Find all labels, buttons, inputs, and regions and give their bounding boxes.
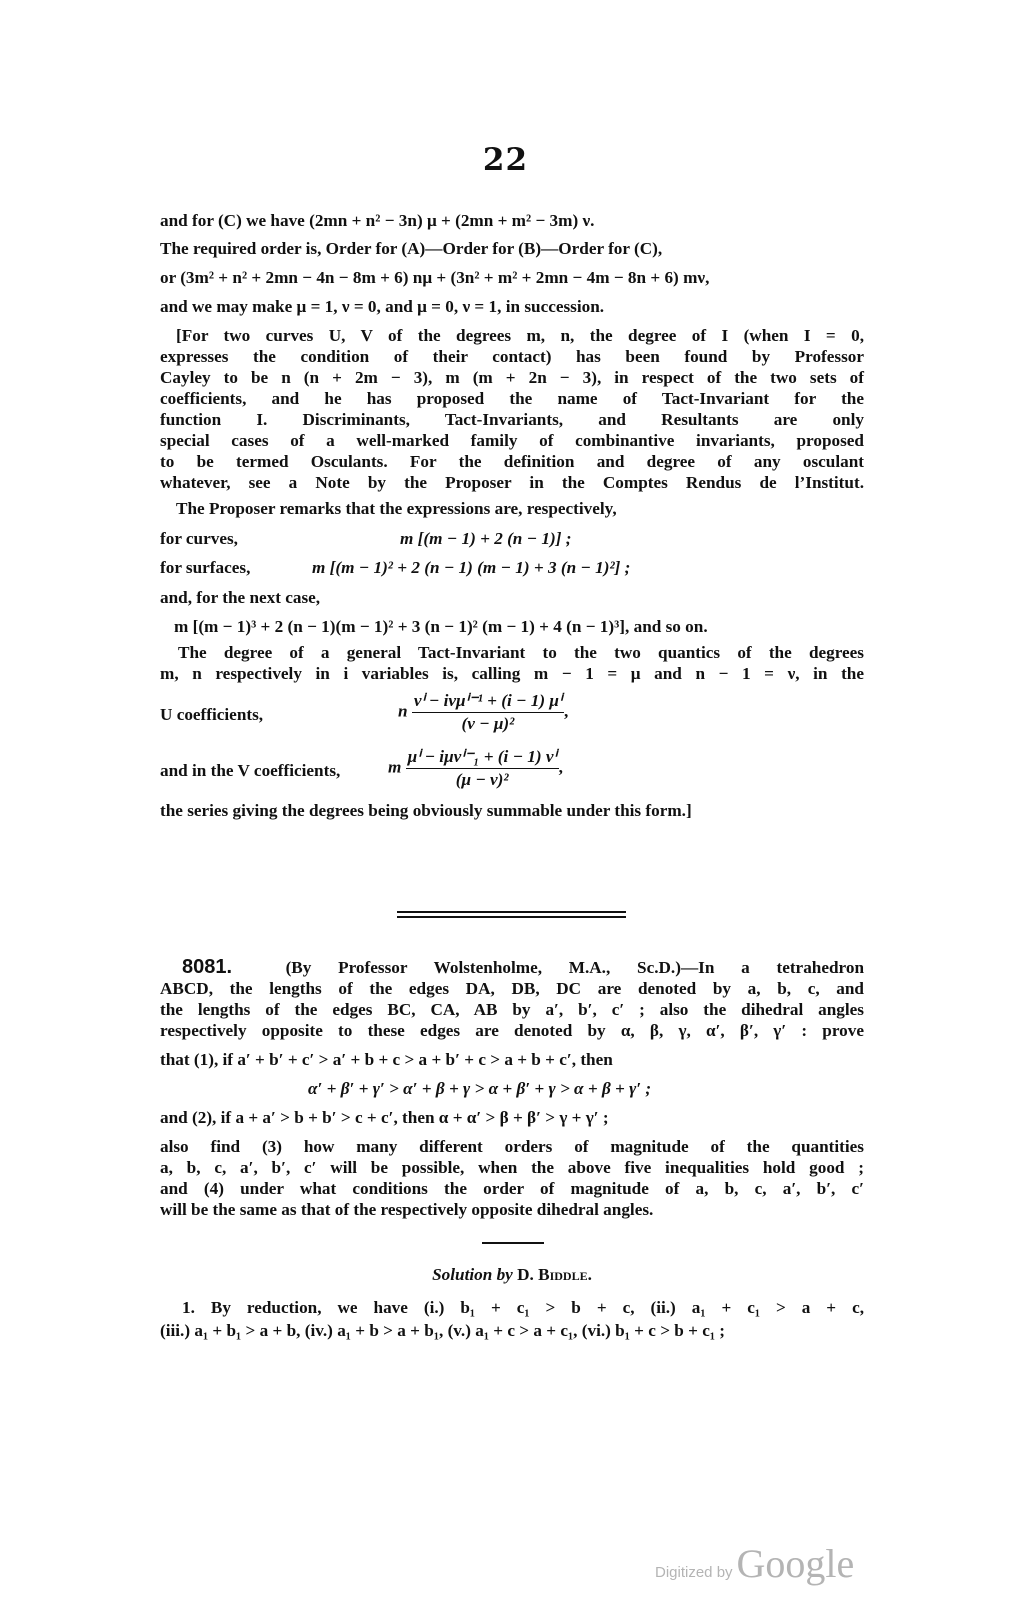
text-line: coefficients, and he has proposed the na… bbox=[160, 388, 864, 409]
text-line: also find (3) how many different orders … bbox=[160, 1136, 864, 1157]
text-line: a, b, c, a′, b′, c′ will be possible, wh… bbox=[160, 1157, 864, 1178]
text-line: 1. By reduction, we have (i.) b₁ + c₁ > … bbox=[182, 1297, 864, 1318]
fraction: μⁱ − iμνⁱ⁻₁ + (i − 1) νⁱ (μ − ν)² bbox=[406, 746, 559, 791]
formula-expression: n νⁱ − iνμⁱ⁻¹ + (i − 1) μⁱ (ν − μ)² , bbox=[398, 690, 698, 735]
next-case-expression: m [(m − 1)³ + 2 (n − 1)(m − 1)² + 3 (n −… bbox=[174, 616, 878, 637]
formula-prefix: n bbox=[398, 701, 408, 720]
formula-suffix: , bbox=[559, 757, 563, 776]
text-line: The required order is, Order for (A)—Ord… bbox=[160, 238, 864, 259]
text-line: respectively opposite to these edges are… bbox=[160, 1020, 864, 1041]
text-line: 8081. (By Professor Wolstenholme, M.A., … bbox=[182, 957, 864, 978]
digitized-by-label: Digitized by bbox=[655, 1564, 733, 1581]
denominator: (μ − ν)² bbox=[406, 769, 559, 791]
text-line: The degree of a general Tact-Invariant t… bbox=[178, 642, 864, 663]
case-expression: m [(m − 1) + 2 (n − 1)] ; bbox=[400, 528, 860, 549]
text-line: and (4) under what conditions the order … bbox=[160, 1178, 864, 1199]
formula-prefix: m bbox=[388, 757, 401, 776]
solution-by-label: Solution by bbox=[432, 1265, 513, 1284]
condition-1: that (1), if a′ + b′ + c′ > a′ + b + c >… bbox=[160, 1049, 864, 1070]
text-line: will be the same as that of the respecti… bbox=[160, 1199, 864, 1220]
google-watermark: Digitized by Google bbox=[655, 1540, 854, 1587]
text-line: whatever, see a Note by the Proposer in … bbox=[160, 472, 864, 493]
text-line: or (3m² + n² + 2mn − 4n − 8m + 6) nμ + (… bbox=[160, 267, 864, 288]
text-line: function I. Discriminants, Tact-Invarian… bbox=[160, 409, 864, 430]
text-line: and for (C) we have (2mn + n² − 3n) μ + … bbox=[160, 210, 864, 231]
text-line: m, n respectively in i variables is, cal… bbox=[160, 663, 864, 684]
text-line: [For two curves U, V of the degrees m, n… bbox=[160, 325, 864, 346]
solution-heading: Solution by D. Biddle. bbox=[160, 1264, 864, 1285]
formula-suffix: , bbox=[564, 701, 568, 720]
problem-intro: (By Professor Wolstenholme, M.A., Sc.D.)… bbox=[286, 958, 864, 977]
condition-2: and (2), if a + a′ > b + b′ > c + c′, th… bbox=[160, 1107, 864, 1128]
google-logo: Google bbox=[737, 1540, 855, 1587]
text-line: ABCD, the lengths of the edges DA, DB, D… bbox=[160, 978, 864, 999]
page-number: 22 bbox=[0, 142, 1011, 178]
proposer-remarks: The Proposer remarks that the expression… bbox=[176, 498, 880, 519]
text-line: Cayley to be n (n + 2m − 3), m (m + 2n −… bbox=[160, 367, 864, 388]
result-1: α′ + β′ + γ′ > α′ + β + γ > α + β′ + γ >… bbox=[308, 1078, 728, 1099]
formula-expression: m μⁱ − iμνⁱ⁻₁ + (i − 1) νⁱ (μ − ν)² , bbox=[388, 746, 688, 791]
numerator: μⁱ − iμνⁱ⁻₁ + (i − 1) νⁱ bbox=[406, 746, 559, 769]
numerator: νⁱ − iνμⁱ⁻¹ + (i − 1) μⁱ bbox=[412, 690, 564, 713]
text-line: to be termed Osculants. For the definiti… bbox=[160, 451, 864, 472]
text-line: and we may make μ = 1, ν = 0, and μ = 0,… bbox=[160, 296, 864, 317]
problem-number: 8081. bbox=[182, 956, 232, 978]
closing-line: the series giving the degrees being obvi… bbox=[160, 800, 864, 821]
fraction: νⁱ − iνμⁱ⁻¹ + (i − 1) μⁱ (ν − μ)² bbox=[412, 690, 564, 735]
solution-author: D. Biddle. bbox=[517, 1265, 592, 1284]
case-expression: m [(m − 1)² + 2 (n − 1) (m − 1) + 3 (n −… bbox=[312, 557, 862, 578]
denominator: (ν − μ)² bbox=[412, 713, 564, 735]
text-line: the lengths of the edges BC, CA, AB by a… bbox=[160, 999, 864, 1020]
section-divider bbox=[397, 911, 626, 918]
formula-label: and in the V coefficients, bbox=[160, 760, 400, 781]
text-line: expresses the condition of their contact… bbox=[160, 346, 864, 367]
text-line: special cases of a well-marked family of… bbox=[160, 430, 864, 451]
solution-divider bbox=[482, 1242, 544, 1244]
next-case-label: and, for the next case, bbox=[160, 587, 864, 608]
text-line: (iii.) a₁ + b₁ > a + b, (iv.) a₁ + b > a… bbox=[160, 1320, 864, 1341]
